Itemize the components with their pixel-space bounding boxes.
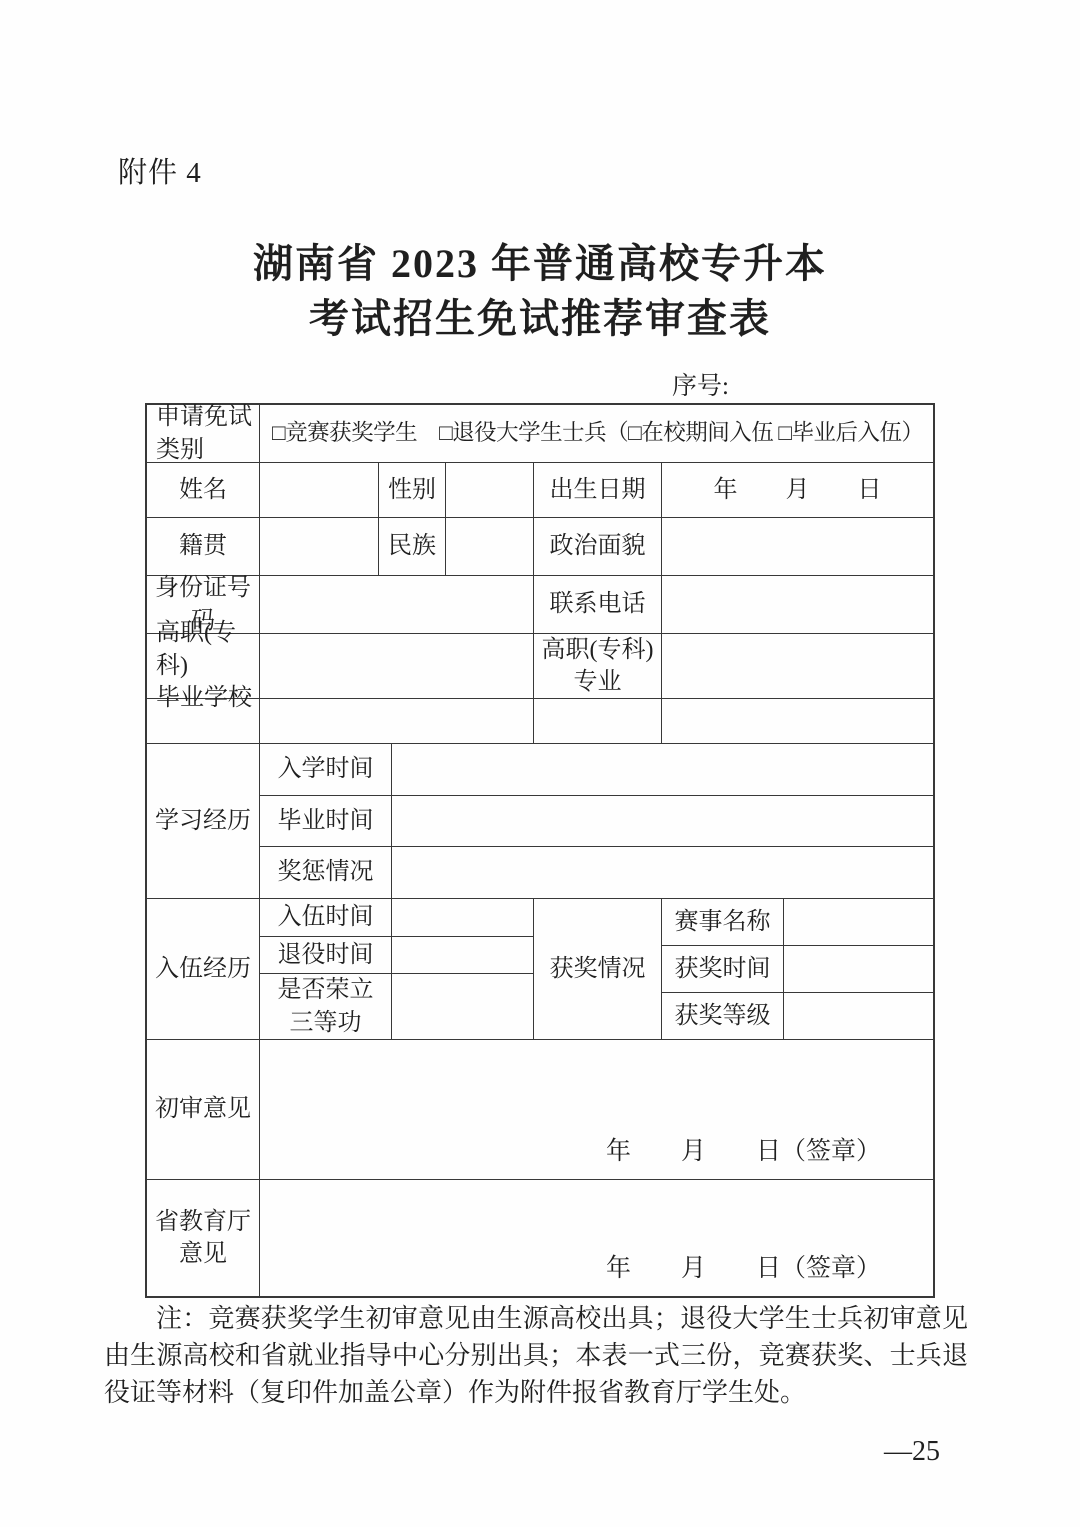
form-title-line2: 考试招生免试推荐审查表: [0, 291, 1080, 346]
military-subrow-merit: 是否荣立 三等功: [260, 974, 533, 1039]
attachment-label: 附件 4: [118, 150, 202, 191]
birth-date-label: 出生日期: [534, 463, 662, 517]
row-initial-review: 初审意见 年 月 日（签章）: [147, 1040, 933, 1180]
provincial-opinion-content-cell: 年 月 日（签章）: [260, 1180, 933, 1296]
gender-value-cell: [446, 463, 534, 517]
exemption-category-label: 申请免试 类别: [147, 405, 260, 462]
id-number-value-cell: [260, 576, 534, 633]
award-subtable: 赛事名称 获奖时间 获奖等级: [662, 899, 933, 1039]
college-label: 高职(专科) 毕业学校: [147, 634, 260, 698]
award-level-label: 获奖等级: [662, 993, 784, 1039]
row-provincial-opinion: 省教育厅 意见 年 月 日（签章）: [147, 1180, 933, 1296]
study-subrow-graduate: 毕业时间: [260, 796, 933, 848]
native-place-label: 籍贯: [147, 518, 260, 575]
study-subrow-enroll: 入学时间: [260, 744, 933, 796]
major-label: 高职(专科) 专业: [534, 634, 662, 698]
row-native-place: 籍贯 民族 政治面貌: [147, 518, 933, 576]
name-value-cell: [260, 463, 379, 517]
ethnic-label: 民族: [379, 518, 446, 575]
graduate-time-label: 毕业时间: [260, 796, 392, 847]
provincial-opinion-sign-date: 年 月 日（签章）: [606, 1252, 881, 1286]
enroll-time-label: 入学时间: [260, 744, 392, 795]
row-id-number: 身份证号 码 联系电话: [147, 576, 933, 634]
study-experience-label: 学习经历: [147, 744, 260, 898]
discharge-time-value-cell: [392, 937, 533, 974]
enlist-time-value-cell: [392, 899, 533, 936]
awards-discipline-value-cell: [392, 847, 933, 898]
major-value-cell: [662, 634, 933, 698]
event-name-label: 赛事名称: [662, 899, 784, 945]
third-class-merit-value-cell: [392, 974, 533, 1039]
enroll-time-value-cell: [392, 744, 933, 795]
political-status-value-cell: [662, 518, 933, 575]
military-subrow-enlist: 入伍时间: [260, 899, 533, 937]
page-number: —25: [884, 1436, 940, 1468]
military-subrow-discharge: 退役时间: [260, 937, 533, 975]
spare-cell-1: [147, 699, 260, 743]
award-info-label: 获奖情况: [534, 899, 662, 1039]
college-value-cell: [260, 634, 534, 698]
awards-discipline-label: 奖惩情况: [260, 847, 392, 898]
provincial-opinion-label: 省教育厅 意见: [147, 1180, 260, 1296]
name-label: 姓名: [147, 463, 260, 517]
phone-value-cell: [662, 576, 933, 633]
row-exemption-category: 申请免试 类别 □竞赛获奖学生 □退役大学生士兵（□在校期间入伍 □毕业后入伍）: [147, 405, 933, 463]
military-experience-label: 入伍经历: [147, 899, 260, 1039]
form-title: 湖南省 2023 年普通高校专升本 考试招生免试推荐审查表: [0, 236, 1080, 346]
initial-review-sign-date: 年 月 日（签章）: [606, 1135, 881, 1169]
native-place-value-cell: [260, 518, 379, 575]
birth-date-value-cell: 年 月 日: [662, 463, 933, 517]
discharge-time-label: 退役时间: [260, 937, 392, 974]
spare-cell-2: [260, 699, 534, 743]
study-subrow-awards: 奖惩情况: [260, 847, 933, 898]
event-name-value-cell: [784, 899, 933, 945]
enlist-time-label: 入伍时间: [260, 899, 392, 936]
review-form-table: 申请免试 类别 □竞赛获奖学生 □退役大学生士兵（□在校期间入伍 □毕业后入伍）…: [145, 403, 935, 1298]
ethnic-value-cell: [446, 518, 534, 575]
form-title-line1: 湖南省 2023 年普通高校专升本: [0, 236, 1080, 291]
row-spare: [147, 699, 933, 744]
award-time-value-cell: [784, 946, 933, 992]
exemption-category-options: □竞赛获奖学生 □退役大学生士兵（□在校期间入伍 □毕业后入伍）: [260, 405, 933, 462]
spare-cell-3: [534, 699, 662, 743]
gender-label: 性别: [379, 463, 446, 517]
row-college: 高职(专科) 毕业学校 高职(专科) 专业: [147, 634, 933, 699]
phone-label: 联系电话: [534, 576, 662, 633]
military-subtable: 入伍时间 退役时间 是否荣立 三等功: [260, 899, 534, 1039]
award-level-value-cell: [784, 993, 933, 1039]
graduate-time-value-cell: [392, 796, 933, 847]
spare-cell-4: [662, 699, 933, 743]
award-time-label: 获奖时间: [662, 946, 784, 992]
serial-number-label: 序号:: [672, 366, 729, 402]
award-subrow-level: 获奖等级: [662, 993, 933, 1039]
note-text: 注：竞赛获奖学生初审意见由生源高校出具；退役大学生士兵初审意见由生源高校和省就业…: [104, 1300, 968, 1411]
document-page: 附件 4 湖南省 2023 年普通高校专升本 考试招生免试推荐审查表 序号: 申…: [0, 0, 1080, 1527]
third-class-merit-label: 是否荣立 三等功: [260, 974, 392, 1039]
row-military-experience: 入伍经历 入伍时间 退役时间 是否荣立 三等功 获奖情况 赛事名称: [147, 899, 933, 1040]
study-experience-subtable: 入学时间 毕业时间 奖惩情况: [260, 744, 933, 898]
award-subrow-event: 赛事名称: [662, 899, 933, 946]
award-subrow-time: 获奖时间: [662, 946, 933, 993]
initial-review-content-cell: 年 月 日（签章）: [260, 1040, 933, 1179]
row-name: 姓名 性别 出生日期 年 月 日: [147, 463, 933, 518]
row-study-experience: 学习经历 入学时间 毕业时间 奖惩情况: [147, 744, 933, 899]
initial-review-label: 初审意见: [147, 1040, 260, 1179]
political-status-label: 政治面貌: [534, 518, 662, 575]
